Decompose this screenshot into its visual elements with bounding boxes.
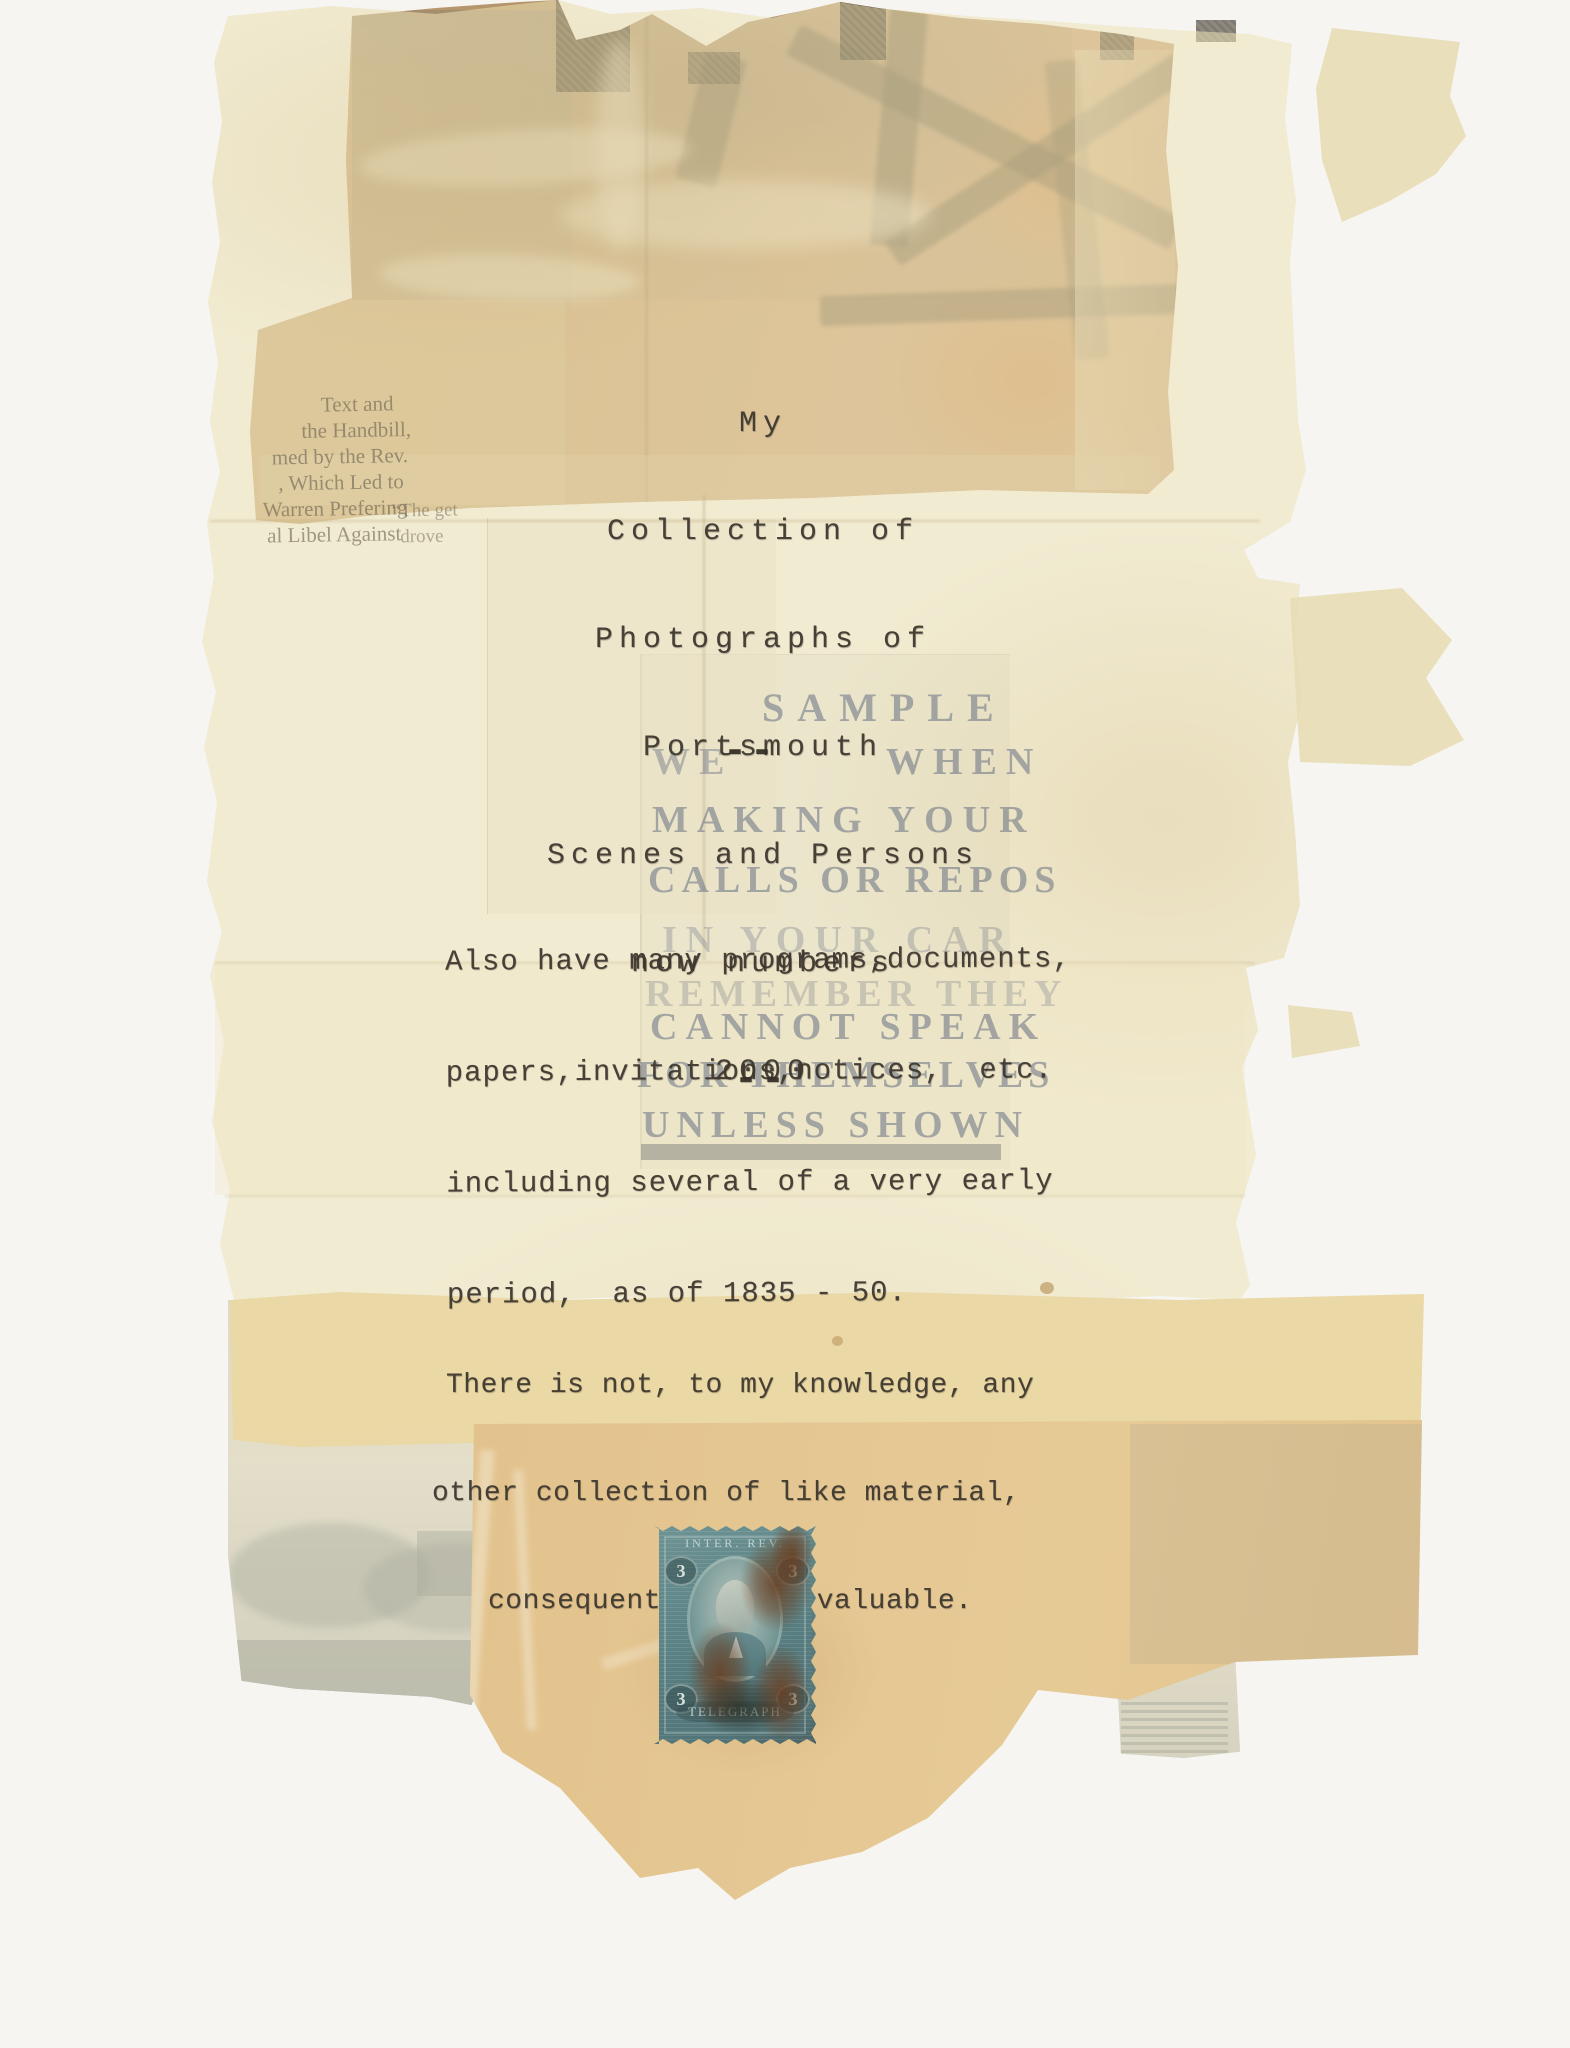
typed-line: Also have many programs,documents, [445,940,1071,980]
typed-separator-mid: -- [734,1058,788,1103]
typed-line: Collection of [523,514,1003,550]
newsprint-line: drove [400,523,458,550]
decorative-darker-right-area [1130,1424,1422,1664]
typed-line: including several of a very early [446,1162,1072,1202]
typed-line: There is not, to my knowledge, any [446,1368,1034,1404]
newsprint-line: “The get [392,497,458,524]
typed-line: other collection of like material, [432,1476,1034,1512]
scanned-scrapbook-page: Text and the Handbill, med by the Rev. ,… [0,0,1570,2048]
typed-line: Photographs of [523,622,1003,658]
typed-separator-top: -- [723,730,777,775]
newsprint-stray-fragment: “The get drove [392,497,459,550]
typed-line: My [523,406,1003,442]
stamp-dark-smudge [698,1676,782,1736]
revenue-stamp: INTER. REV. 3 3 3 3 TELEGRAPH [654,1526,816,1744]
